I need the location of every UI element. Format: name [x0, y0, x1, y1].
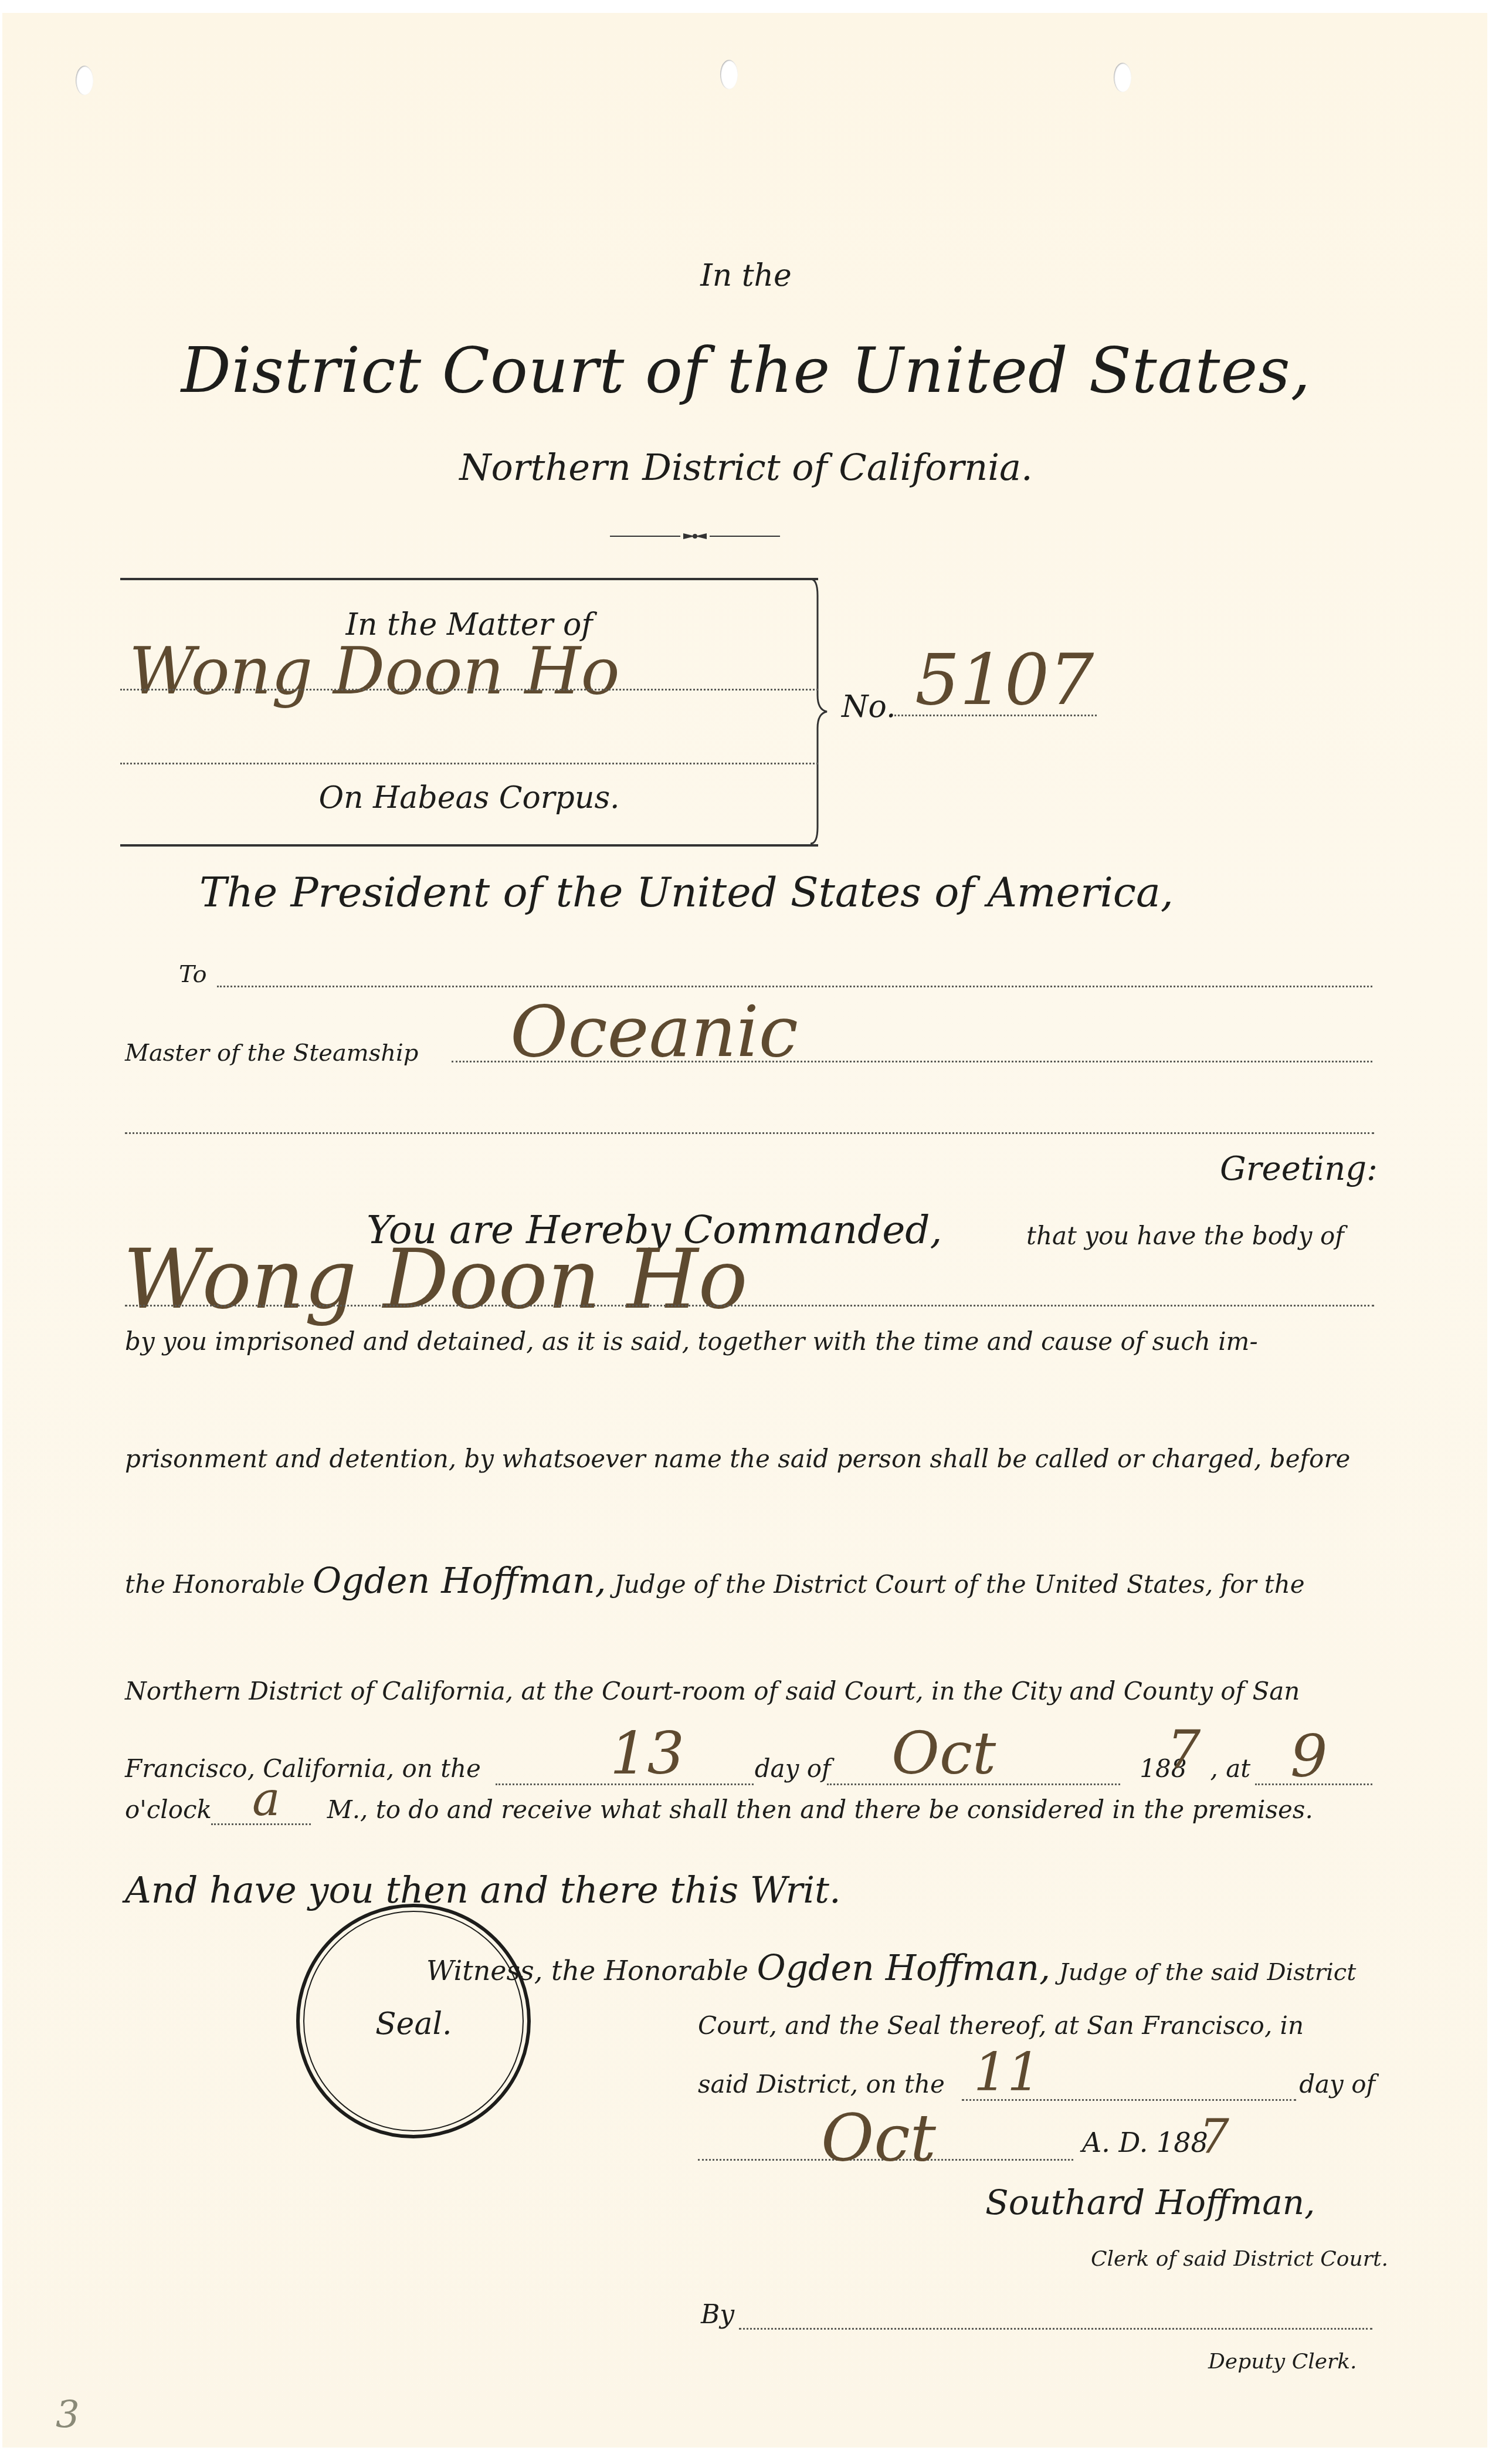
issue-month-field[interactable]: Oct — [821, 2100, 936, 2175]
petitioner-name-field[interactable]: Wong Doon Ho — [129, 634, 620, 709]
oclock-line: o'clock M., to do and receive what shall… — [125, 1795, 1374, 1824]
to-label: To — [179, 961, 207, 988]
body-name-field[interactable]: Wong Doon Ho — [123, 1232, 748, 1328]
writ-line-4: Northern District of California, at the … — [125, 1677, 1374, 1705]
judge-title: Judge of the District Court of the Unite… — [614, 1570, 1305, 1599]
return-day-field[interactable]: 13 — [610, 1719, 684, 1788]
command-rest: that you have the body of — [1026, 1221, 1344, 1250]
at-label: , at — [1210, 1754, 1250, 1783]
clerk-title: Clerk of said District Court. — [1091, 2247, 1388, 2271]
honorable-label: the Honorable — [125, 1570, 305, 1599]
master-label: Master of the Steamship — [125, 1040, 418, 1067]
district-subtitle: Northern District of California. — [0, 446, 1492, 489]
closing-line: And have you then and there this Writ. — [125, 1869, 841, 1911]
witness-day-of-label: day of — [1299, 2070, 1375, 2099]
witness-line-1: Witness, the Honorable Ogden Hoffman, Ju… — [426, 1948, 1356, 1989]
case-number-label: No. — [842, 689, 896, 725]
anno-domini-label: A. D. 188 — [1082, 2127, 1208, 2158]
name-field-line — [120, 763, 818, 764]
clerk-name: Southard Hoffman, — [985, 2182, 1315, 2222]
witness-line-2: Court, and the Seal thereof, at San Fran… — [698, 2011, 1304, 2040]
oclock-label: o'clock — [125, 1795, 212, 1824]
return-hour-field[interactable]: 9 — [1290, 1722, 1328, 1791]
punch-hole — [720, 60, 738, 89]
witness-judge-name: Ogden Hoffman, — [757, 1948, 1050, 1989]
deputy-clerk-label: Deputy Clerk. — [1208, 2350, 1357, 2374]
return-month-field[interactable]: Oct — [891, 1719, 996, 1788]
deputy-signature-line[interactable] — [739, 2328, 1372, 2330]
writ-line-2: prisonment and detention, by whatsoever … — [125, 1444, 1374, 1473]
blank-field-line — [125, 1132, 1374, 1134]
writ-line-3: the Honorable Ogden Hoffman, Judge of th… — [125, 1561, 1374, 1602]
on-the-label: Francisco, California, on the — [125, 1754, 481, 1783]
day-of-label: day of — [755, 1754, 831, 1783]
judge-name: Ogden Hoffman, — [313, 1561, 606, 1602]
issue-year-field[interactable]: 7 — [1199, 2109, 1229, 2164]
to-field-line[interactable] — [217, 986, 1372, 987]
proceeding-label: On Habeas Corpus. — [120, 780, 818, 815]
oclock-rest: M., to do and receive what shall then an… — [327, 1795, 1313, 1824]
seal-label: Seal. — [375, 2006, 452, 2042]
case-number-line — [894, 715, 1097, 716]
greeting-label: Greeting: — [1220, 1150, 1378, 1188]
president-line: The President of the United States of Am… — [199, 868, 1174, 916]
name-field-line — [120, 689, 818, 691]
steamship-field-line — [452, 1061, 1372, 1062]
by-label: By — [701, 2300, 734, 2330]
ornament-divider-icon — [610, 532, 780, 541]
ampm-field[interactable]: a — [252, 1772, 280, 1826]
punch-hole — [76, 66, 93, 95]
issue-day-field[interactable]: 11 — [974, 2042, 1041, 2103]
witness-on-the-label: said District, on the — [698, 2070, 945, 2099]
page-number: 3 — [56, 2394, 80, 2437]
witness-judge-title: Judge of the said District — [1059, 1959, 1357, 1986]
writ-line-1: by you imprisoned and detained, as it is… — [125, 1327, 1374, 1356]
body-name-line — [125, 1305, 1374, 1307]
case-number-field[interactable]: 5107 — [915, 639, 1094, 721]
header-in-the: In the — [0, 258, 1492, 293]
return-year-field[interactable]: 7 — [1167, 1719, 1201, 1781]
court-title: District Court of the United States, — [0, 334, 1492, 407]
punch-hole — [1114, 63, 1131, 92]
